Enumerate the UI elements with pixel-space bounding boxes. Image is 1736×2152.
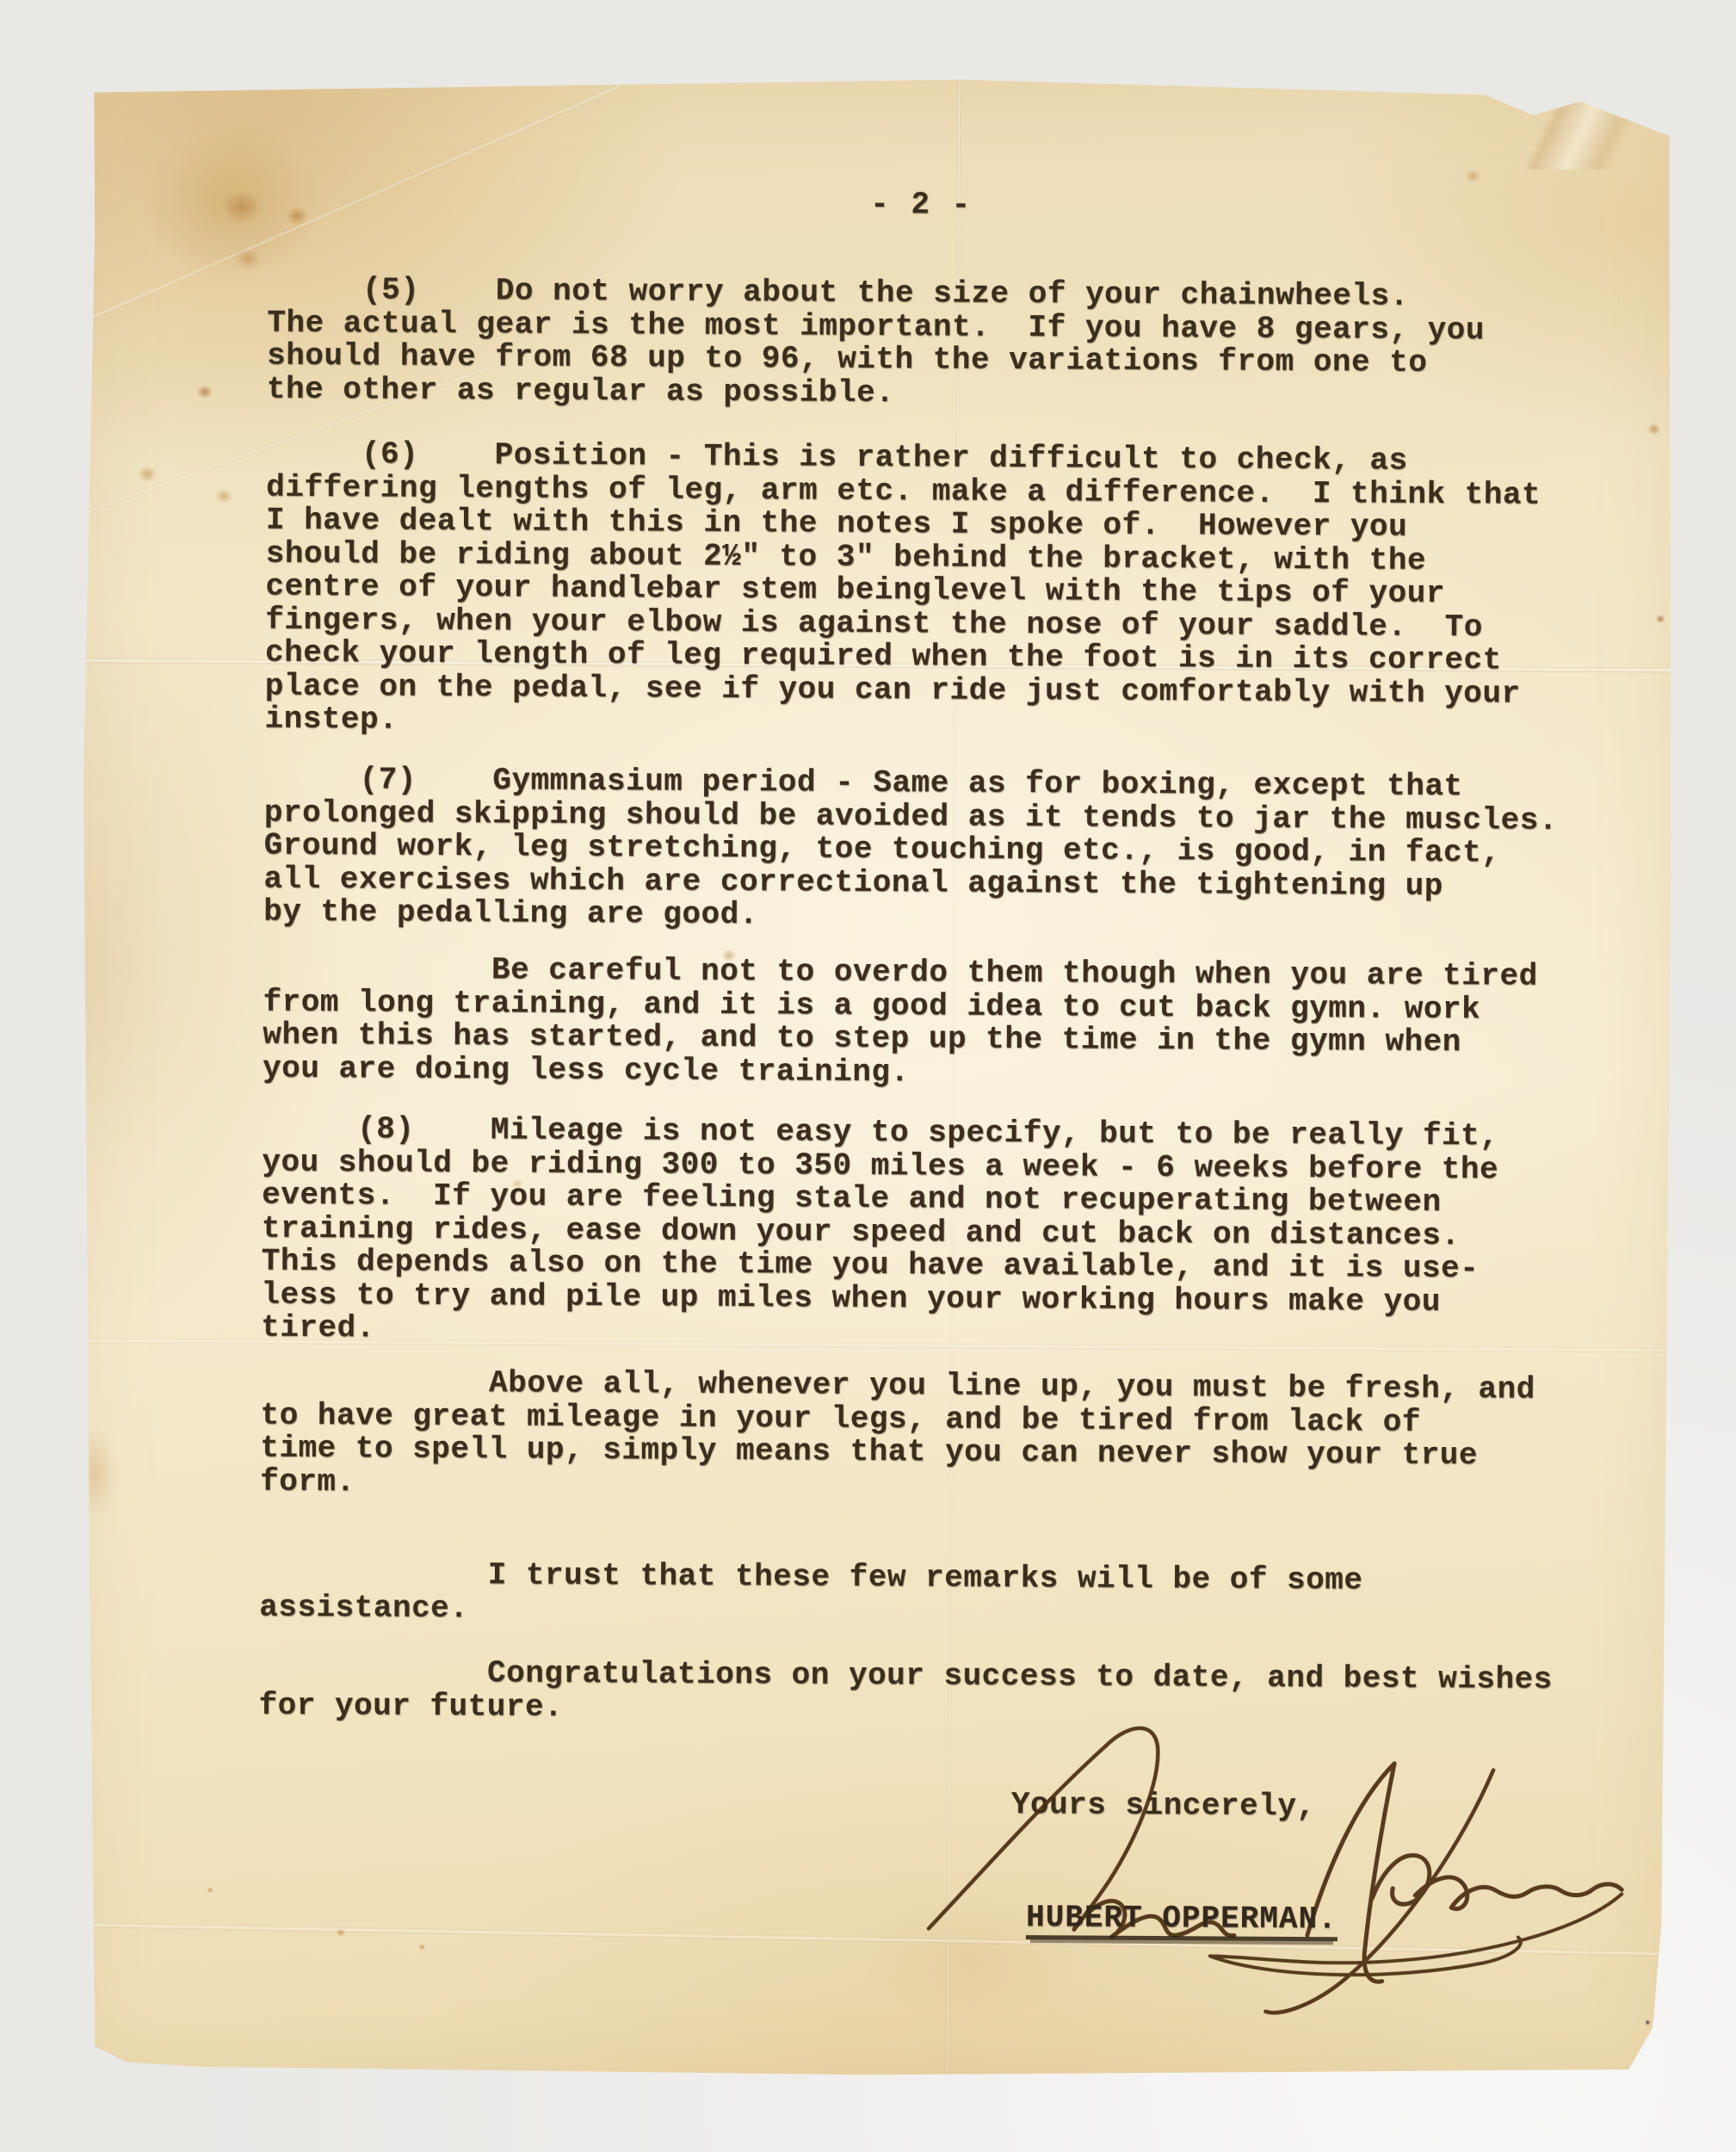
- page-number: - 2 -: [826, 187, 1016, 223]
- paper-stain: [1462, 167, 1483, 184]
- paragraph-i-trust: I trust that these few remarks will be o…: [259, 1558, 1619, 1633]
- paragraph-6: (6) Position - This is rather difficult …: [264, 438, 1626, 745]
- paper-stain: [206, 1886, 214, 1894]
- paragraph-be-careful: Be careful not to overdo them though whe…: [263, 953, 1623, 1094]
- paper-stain: [1646, 421, 1663, 436]
- dog-ear-fold: [1468, 83, 1676, 170]
- paper-stain: [417, 1943, 427, 1951]
- paragraph-7: (7) Gymmnasium period - Same as for boxi…: [263, 764, 1624, 937]
- paper-stain: [1654, 614, 1666, 625]
- paper-stain: [216, 185, 268, 228]
- paper-stain: [230, 244, 266, 273]
- paragraph-5: (5) Do not worry about the size of your …: [267, 274, 1628, 415]
- paper-stain: [213, 486, 235, 505]
- paragraph-above-all: Above all, whenever you line up, you mus…: [260, 1366, 1621, 1507]
- signature-handwriting: [889, 1670, 1649, 2044]
- letter-page: - 2 - (5) Do not worry about the size of…: [76, 74, 1676, 2083]
- photo-backdrop: { "page": { "page_number": "- 2 -", "par…: [0, 0, 1736, 2152]
- paper-stain: [195, 383, 215, 400]
- paper-stain: [67, 1417, 123, 1529]
- typed-signature-name: HUBERT OPPERMAN.: [1026, 1901, 1338, 1941]
- paper-stain: [135, 464, 159, 485]
- paragraph-8: (8) Mileage is not easy to specify, but …: [261, 1113, 1622, 1353]
- paper-stain: [281, 203, 312, 229]
- paper-stain: [335, 1926, 347, 1938]
- text-line: assistance.: [259, 1591, 1619, 1632]
